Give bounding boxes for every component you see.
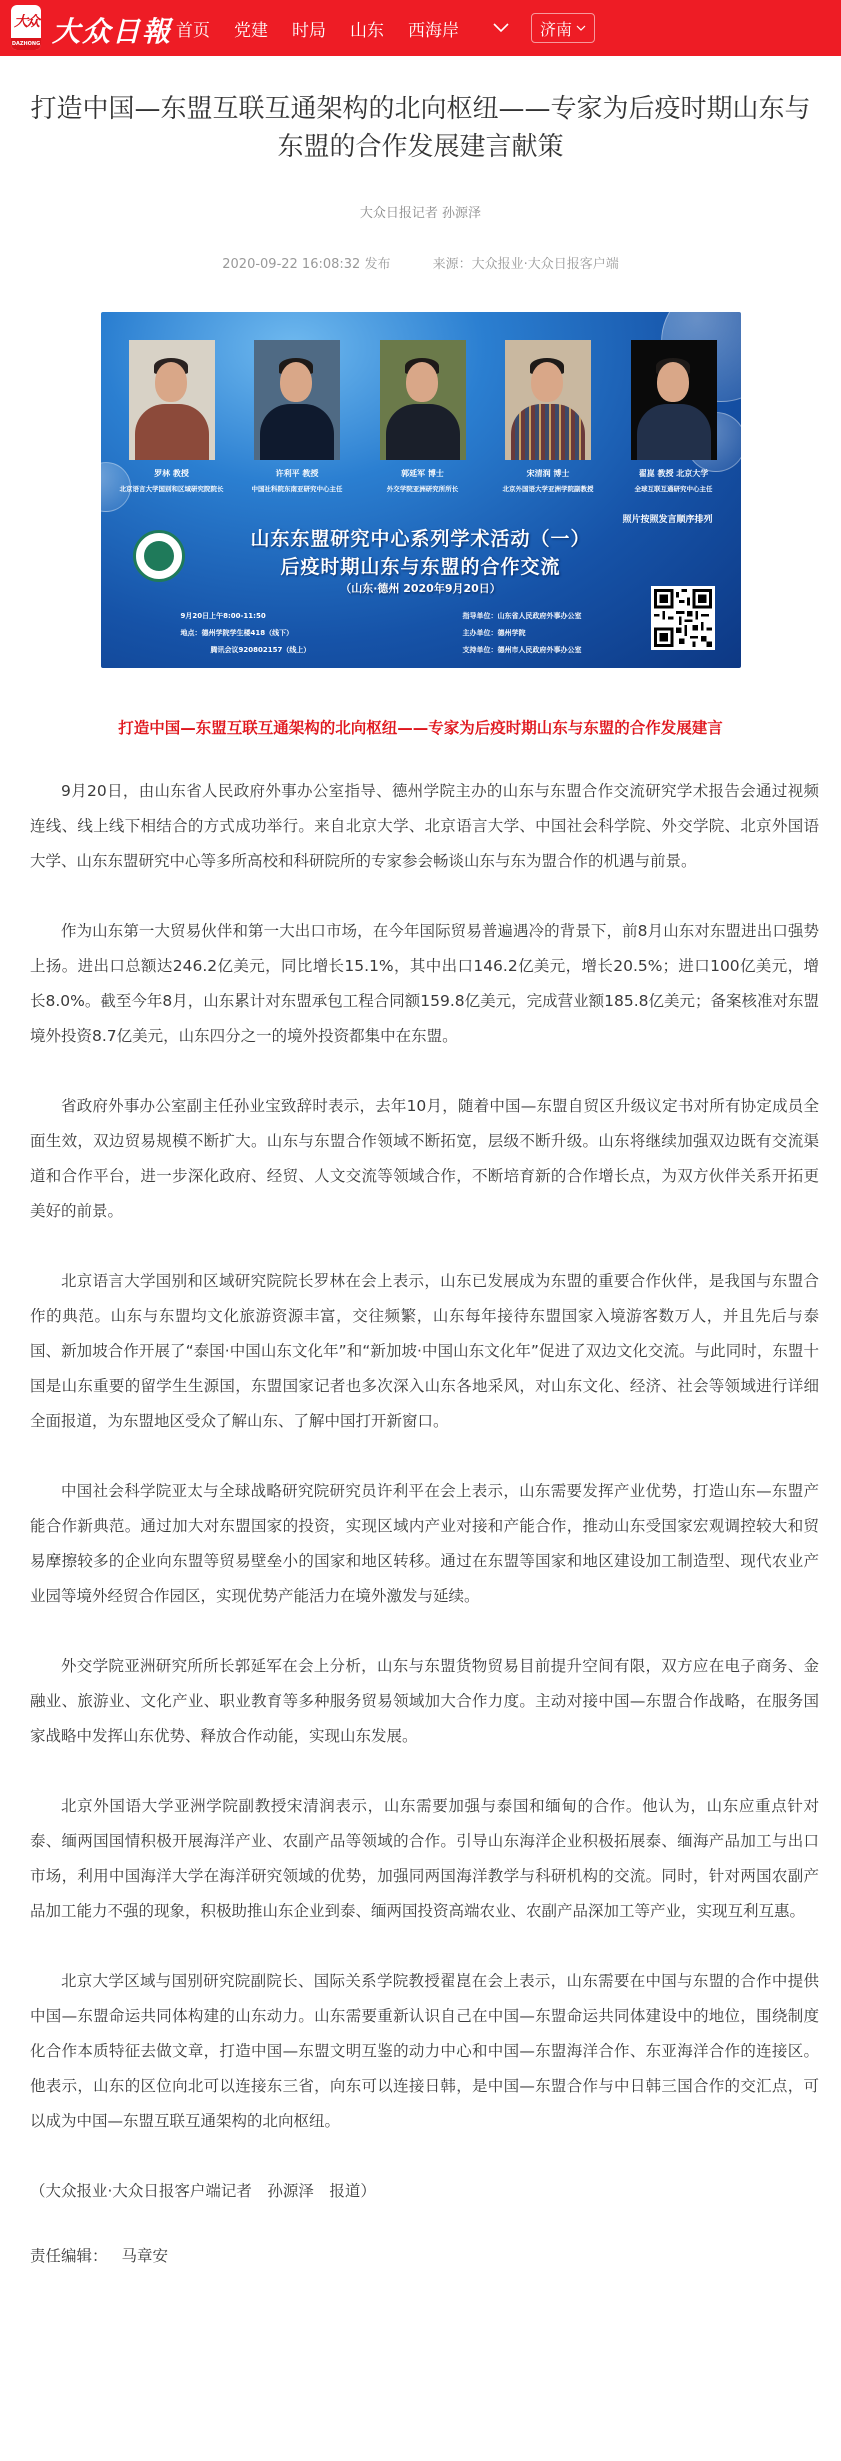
nav-item-west-coast[interactable]: 西海岸 [408,16,459,41]
app-logo-icon[interactable]: 大众 DAZHONG [11,5,41,50]
nav-item-shandong[interactable]: 山东 [350,16,384,41]
supporting-unit: 支持单位：德州市人民政府外事办公室 [463,642,582,659]
main-nav: 首页 党建 时局 山东 西海岸 济南 [176,0,595,56]
reporter-credit: （大众报业·大众日报客户端记者 孙源泽 报道） [30,2174,811,2209]
city-select-value: 济南 [540,17,572,40]
speaker-photo [505,340,591,460]
event-poster-image: 罗林 教授 北京语言大学国别和区域研究院院长 许利平 教授 中国社科院东南亚研究… [101,312,741,668]
speaker-photo [129,340,215,460]
nav-item-current-affairs[interactable]: 时局 [292,16,326,41]
city-select-dropdown[interactable]: 济南 [531,13,595,43]
article-paragraph: 北京语言大学国别和区域研究院院长罗林在会上表示，山东已发展成为东盟的重要合作伙伴… [30,1264,819,1439]
publish-time: 2020-09-22 16:08:32 发布 [222,257,390,272]
speaker-role: 中国社科院东南亚研究中心主任 [252,484,343,493]
speaker-name: 罗林 教授 [154,468,189,479]
top-navigation-bar: 大众 DAZHONG 大众日報 首页 党建 时局 山东 西海岸 济南 [0,0,841,56]
editor-name: 马章安 [122,2247,169,2265]
editor-label: 责任编辑： [30,2247,108,2265]
event-venue: 地点：德州学院学生楼418（线下） [181,625,311,642]
speaker-card: 宋清润 博士 北京外国语大学亚洲学院副教授 [489,340,607,493]
host-unit: 主办单位：德州学院 [463,625,582,642]
responsible-editor: 责任编辑：马章安 [30,2239,811,2274]
speaker-role: 北京语言大学国别和区域研究院院长 [120,484,224,493]
speaker-name: 翟崑 教授 北京大学 [639,468,709,479]
article-paragraph: 北京大学区域与国别研究院副院长、国际关系学院教授翟崑在会上表示，山东需要在中国与… [30,1964,819,2139]
speaker-name: 许利平 教授 [276,468,319,479]
speaker-role: 全球互联互通研究中心主任 [635,484,713,493]
speaker-photo [631,340,717,460]
speaker-role: 外交学院亚洲研究所所长 [387,484,459,493]
speaker-card: 郭延军 博士 外交学院亚洲研究所所长 [364,340,482,493]
nav-item-party[interactable]: 党建 [234,16,268,41]
poster-title-line3: （山东·德州 2020年9月20日） [101,580,741,596]
nav-more-chevron-down-icon[interactable] [491,18,511,38]
app-logo-glyph: 大众 [14,11,38,31]
speaker-name: 宋清润 博士 [527,468,570,479]
article-title: 打造中国—东盟互联互通架构的北向枢纽——专家为后疫时期山东与东盟的合作发展建言献… [22,90,819,166]
article-paragraph: 省政府外事办公室副主任孙业宝致辞时表示，去年10月，随着中国—东盟自贸区升级议定… [30,1089,819,1229]
speaker-card: 翟崑 教授 北京大学 全球互联互通研究中心主任 [615,340,733,493]
poster-title-line2: 后疫时期山东与东盟的合作交流 [101,552,741,579]
qr-code-icon [651,586,715,650]
event-time: 9月20日上午8:00-11:50 [181,608,311,625]
poster-title-line1: 山东东盟研究中心系列学术活动（一） [101,524,741,551]
brand-wordmark[interactable]: 大众日報 [52,10,172,50]
article-subhead: 打造中国—东盟互联互通架构的北向枢纽——专家为后疫时期山东与东盟的合作发展建言 [22,716,819,738]
article-body: 9月20日，由山东省人民政府外事办公室指导、德州学院主办的山东与东盟合作交流研究… [30,774,819,2139]
speaker-role: 北京外国语大学亚洲学院副教授 [503,484,594,493]
article-paragraph: 中国社会科学院亚太与全球战略研究院研究员许利平在会上表示，山东需要发挥产业优势，… [30,1474,819,1614]
article-meta: 2020-09-22 16:08:32 发布 来源：大众报业·大众日报客户端 [0,253,841,272]
speaker-card: 罗林 教授 北京语言大学国别和区域研究院院长 [113,340,231,493]
speaker-photo [380,340,466,460]
article-paragraph: 作为山东第一大贸易伙伴和第一大出口市场，在今年国际贸易普遍遇冷的背景下，前8月山… [30,914,819,1054]
speaker-row: 罗林 教授 北京语言大学国别和区域研究院院长 许利平 教授 中国社科院东南亚研究… [113,340,733,493]
article-byline: 大众日报记者 孙源泽 [0,202,841,221]
chevron-down-icon [576,25,586,32]
nav-item-home[interactable]: 首页 [176,16,210,41]
article-paragraph: 外交学院亚洲研究所所长郭延军在会上分析，山东与东盟货物贸易目前提升空间有限，双方… [30,1649,819,1754]
article-source: 来源：大众报业·大众日报客户端 [433,257,619,272]
event-online-meeting: 腾讯会议920802157（线上） [181,642,311,659]
article-paragraph: 北京外国语大学亚洲学院副教授宋清润表示，山东需要加强与泰国和缅甸的合作。他认为，… [30,1789,819,1929]
guiding-unit: 指导单位：山东省人民政府外事办公室 [463,608,582,625]
poster-event-info: 9月20日上午8:00-11:50 地点：德州学院学生楼418（线下） 腾讯会议… [181,608,311,659]
article-paragraph: 9月20日，由山东省人民政府外事办公室指导、德州学院主办的山东与东盟合作交流研究… [30,774,819,879]
app-logo-band: DAZHONG [11,38,41,50]
poster-organizer-info: 指导单位：山东省人民政府外事办公室 主办单位：德州学院 支持单位：德州市人民政府… [463,608,582,659]
speaker-name: 郭延军 博士 [401,468,444,479]
speaker-card: 许利平 教授 中国社科院东南亚研究中心主任 [238,340,356,493]
speaker-photo [254,340,340,460]
